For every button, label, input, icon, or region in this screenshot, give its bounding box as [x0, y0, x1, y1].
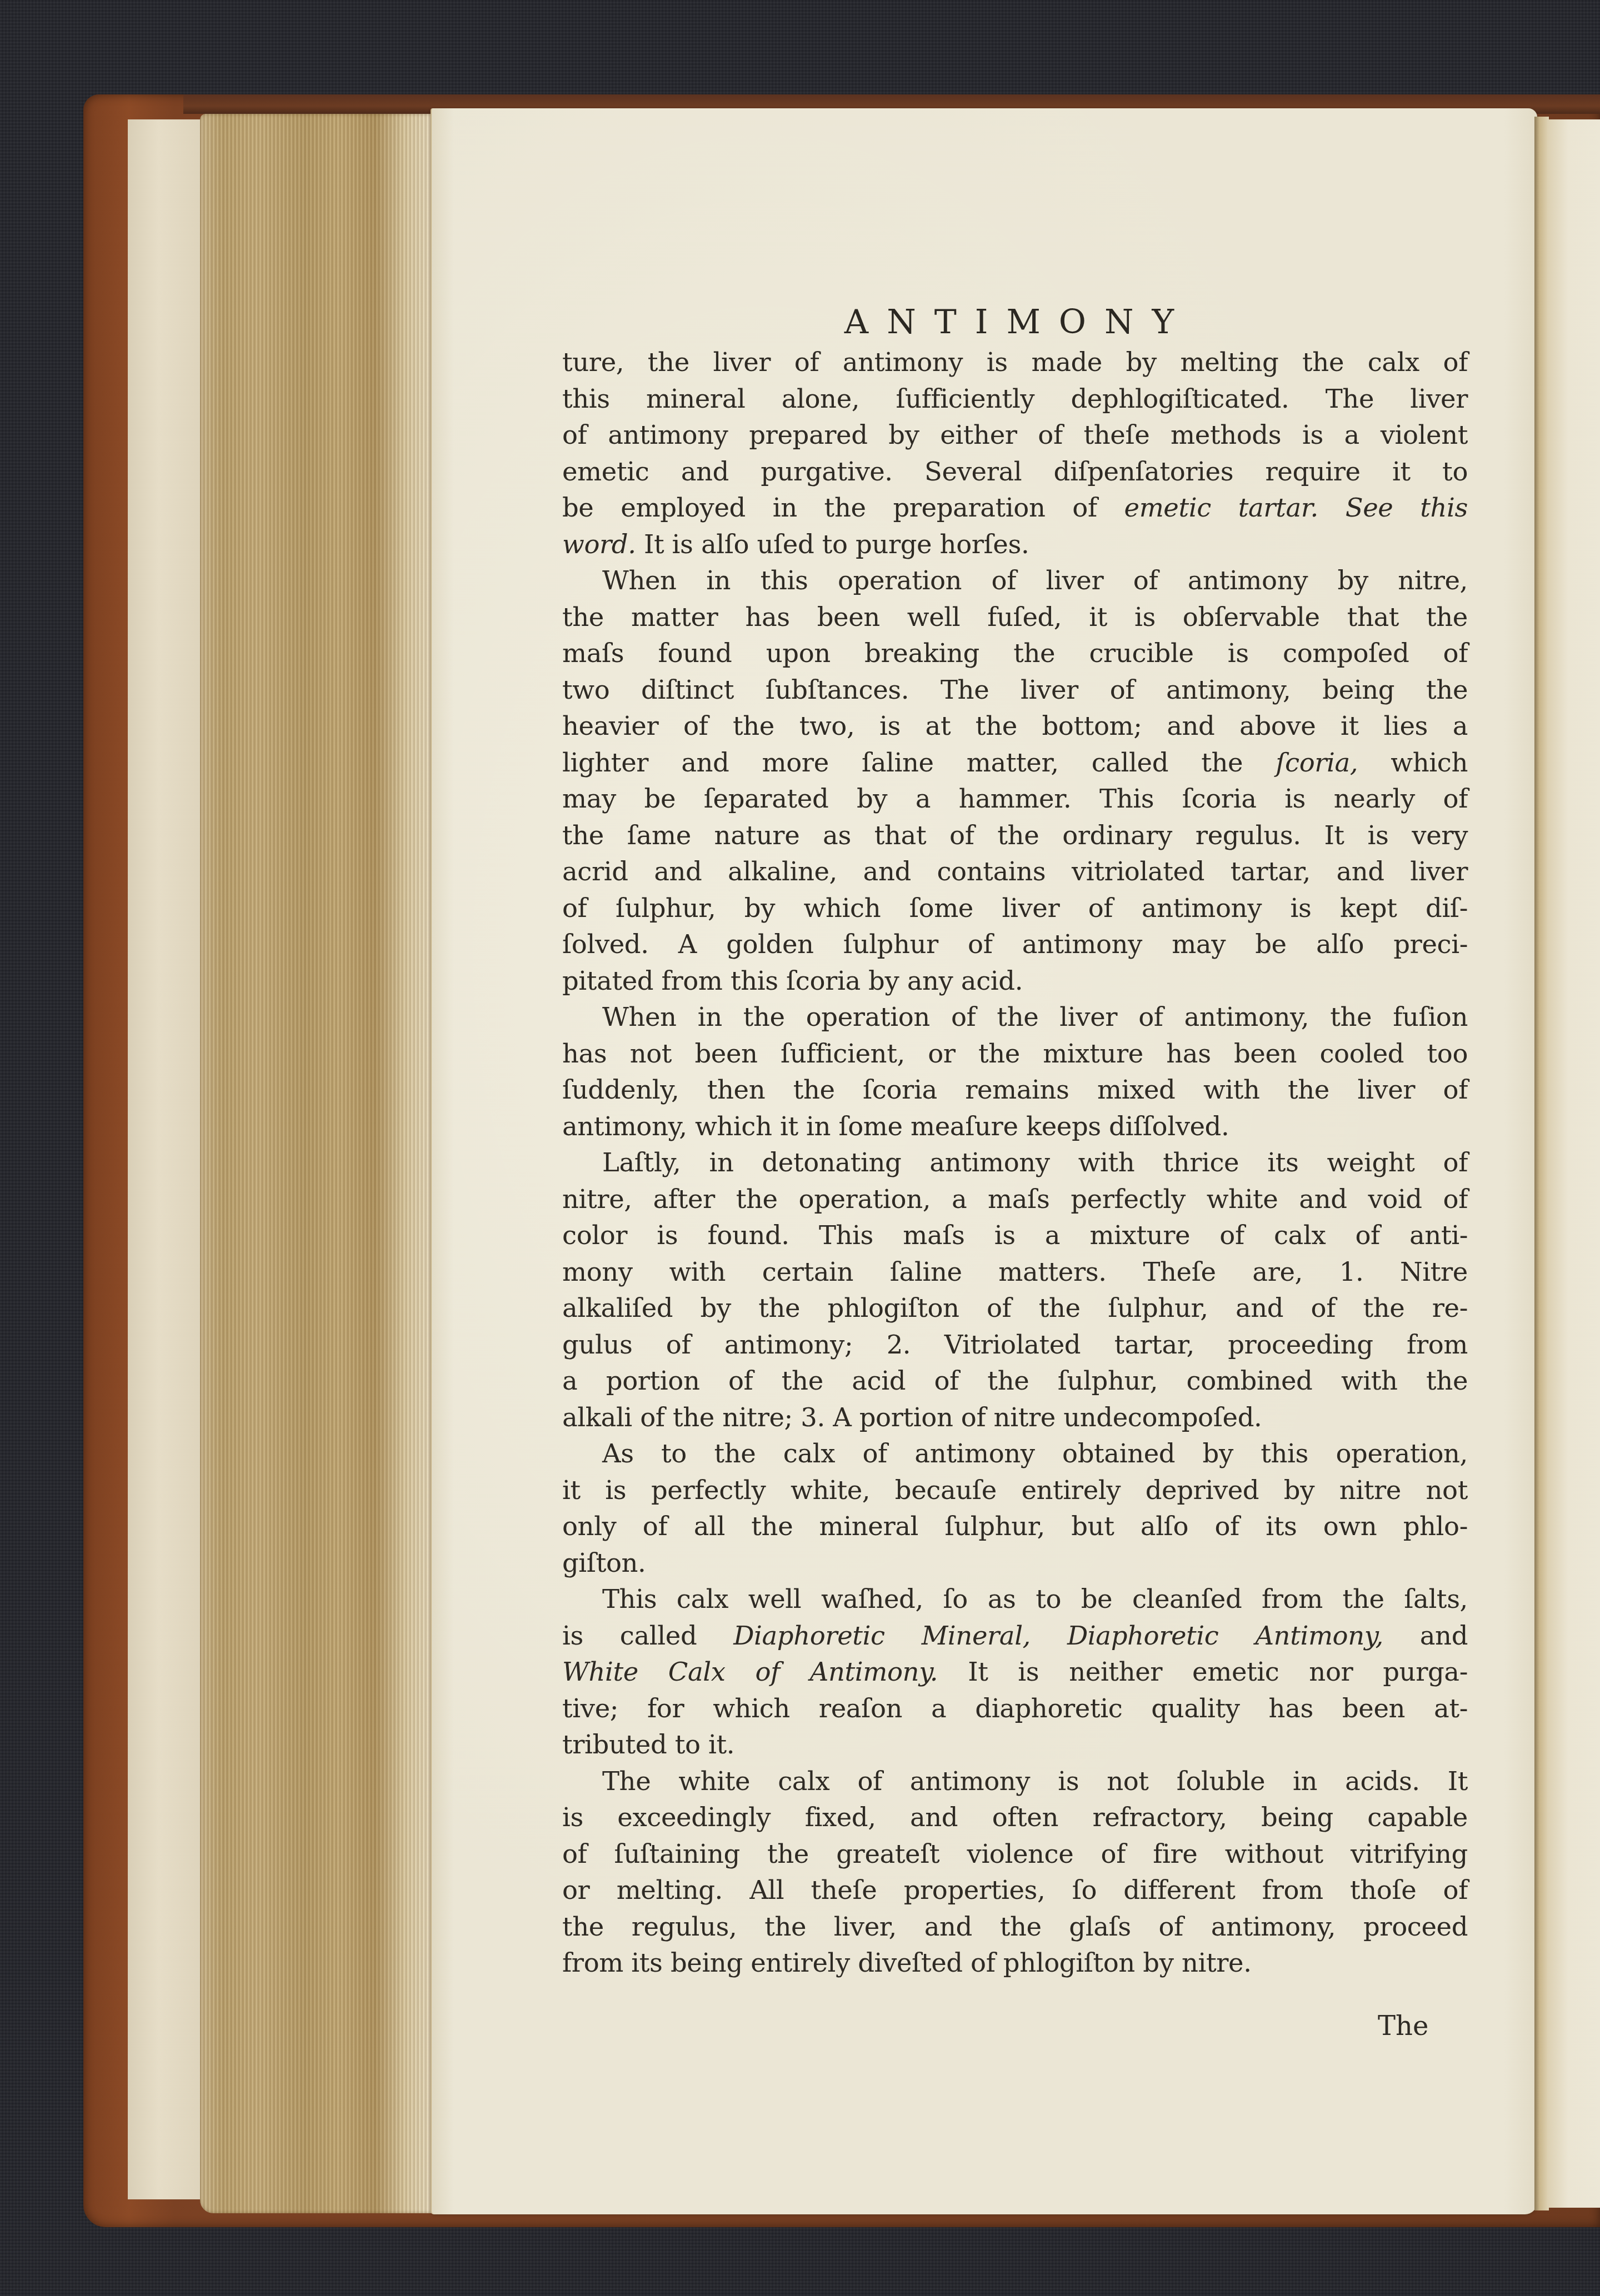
text-line: gulus of antimony; 2. Vitriolated tartar…	[562, 1327, 1468, 1363]
text-line: is exceedingly fixed, and often refracto…	[562, 1799, 1468, 1836]
text-line: When in this operation of liver of antim…	[562, 563, 1468, 599]
text-line: As to the calx of antimony obtained by t…	[562, 1436, 1468, 1472]
italic-text: White Calx of Antimony.	[562, 1657, 938, 1687]
text-line: two diſtinct ſubſtances. The liver of an…	[562, 672, 1468, 709]
roman-text: and	[1383, 1621, 1468, 1651]
text-line: it is perfectly white, becauſe entirely …	[562, 1472, 1468, 1509]
text-line: tributed to it.	[562, 1727, 1468, 1763]
italic-text: ſcoria,	[1276, 748, 1358, 778]
text-line: of ſulphur, by which ſome liver of antim…	[562, 890, 1468, 927]
text-line: giſton.	[562, 1545, 1468, 1582]
page-edges-block	[200, 114, 433, 2213]
text-line: pitated from this ſcoria by any acid.	[562, 963, 1468, 1000]
paragraph: Laſtly, in detonating antimony with thri…	[562, 1145, 1468, 1436]
roman-text: lighter and more ſaline matter, called t…	[562, 748, 1276, 778]
endpaper-strip	[128, 119, 207, 2199]
text-line: ſuddenly, then the ſcoria remains mixed …	[562, 1072, 1468, 1109]
roman-text: which	[1358, 748, 1468, 778]
text-line: When in the operation of the liver of an…	[562, 999, 1468, 1036]
body-text: ture, the liver of antimony is made by m…	[562, 344, 1468, 1982]
roman-text: It is alſo uſed to purge horſes.	[636, 529, 1029, 559]
paragraph: This calx well waſhed, ſo as to be clean…	[562, 1581, 1468, 1763]
text-line: is called Diaphoretic Mineral, Diaphoret…	[562, 1618, 1468, 1655]
paragraph: The white calx of antimony is not ſolubl…	[562, 1763, 1468, 1982]
text-line: a portion of the acid of the ſulphur, co…	[562, 1363, 1468, 1400]
paragraph: When in this operation of liver of antim…	[562, 563, 1468, 999]
roman-text: It is neither emetic nor purga-	[938, 1657, 1468, 1687]
paragraph: As to the calx of antimony obtained by t…	[562, 1436, 1468, 1581]
text-line: This calx well waſhed, ſo as to be clean…	[562, 1581, 1468, 1618]
text-line: acrid and alkaline, and contains vitriol…	[562, 854, 1468, 890]
text-line: of ſuſtaining the greateſt violence of f…	[562, 1836, 1468, 1873]
text-line: The white calx of antimony is not ſolubl…	[562, 1763, 1468, 1800]
text-line: ture, the liver of antimony is made by m…	[562, 344, 1468, 381]
text-line: heavier of the two, is at the bottom; an…	[562, 708, 1468, 745]
text-line: alkali of the nitre; 3. A portion of nit…	[562, 1400, 1468, 1436]
text-line: from its being entirely diveſted of phlo…	[562, 1945, 1468, 1982]
text-line: tive; for which reaſon a diaphoretic qua…	[562, 1691, 1468, 1727]
paragraph: When in the operation of the liver of an…	[562, 999, 1468, 1145]
running-head: ANTIMONY	[569, 300, 1468, 344]
italic-text: Diaphoretic Mineral,	[733, 1621, 1031, 1651]
text-line: mony with certain ſaline matters. Theſe …	[562, 1254, 1468, 1291]
text-line: be employed in the preparation of emetic…	[562, 490, 1468, 527]
text-line: may be ſeparated by a hammer. This ſcori…	[562, 781, 1468, 818]
roman-text	[1031, 1621, 1067, 1651]
page-text-column: ANTIMONY ture, the liver of antimony is …	[562, 300, 1468, 1982]
text-line: only of all the mineral ſulphur, but alſ…	[562, 1508, 1468, 1545]
text-line: the regulus, the liver, and the glaſs of…	[562, 1909, 1468, 1946]
italic-text: Diaphoretic Antimony,	[1067, 1621, 1383, 1651]
text-line: nitre, after the operation, a maſs perfe…	[562, 1181, 1468, 1218]
text-line: the matter has been well fuſed, it is ob…	[562, 599, 1468, 636]
text-line: color is found. This maſs is a mixture o…	[562, 1217, 1468, 1254]
text-line: emetic and purgative. Several diſpenſato…	[562, 454, 1468, 490]
text-line: lighter and more ſaline matter, called t…	[562, 745, 1468, 781]
italic-text: word.	[562, 529, 636, 559]
catchword: The	[1378, 2011, 1428, 2042]
text-line: of antimony prepared by either of theſe …	[562, 417, 1468, 454]
text-line: antimony, which it in ſome meaſure keeps…	[562, 1109, 1468, 1145]
text-line: Laſtly, in detonating antimony with thri…	[562, 1145, 1468, 1181]
facing-page-sliver	[1547, 119, 1600, 2208]
roman-text	[1318, 493, 1346, 523]
text-line: alkaliſed by the phlogiſton of the ſulph…	[562, 1290, 1468, 1327]
text-line: maſs found upon breaking the crucible is…	[562, 635, 1468, 672]
roman-text: is called	[562, 1621, 733, 1651]
text-line: or melting. All theſe properties, ſo dif…	[562, 1872, 1468, 1909]
text-line: this mineral alone, ſufficiently dephlog…	[562, 381, 1468, 418]
roman-text: be employed in the preparation of	[562, 493, 1124, 523]
italic-text: emetic tartar.	[1124, 493, 1318, 523]
text-line: word. It is alſo uſed to purge horſes.	[562, 527, 1468, 563]
text-line: White Calx of Antimony. It is neither em…	[562, 1654, 1468, 1691]
text-line: has not been ſufficient, or the mixture …	[562, 1036, 1468, 1072]
text-line: the ſame nature as that of the ordinary …	[562, 818, 1468, 854]
italic-text: See this	[1346, 493, 1468, 523]
text-line: ſolved. A golden ſulphur of antimony may…	[562, 926, 1468, 963]
paragraph: ture, the liver of antimony is made by m…	[562, 344, 1468, 563]
